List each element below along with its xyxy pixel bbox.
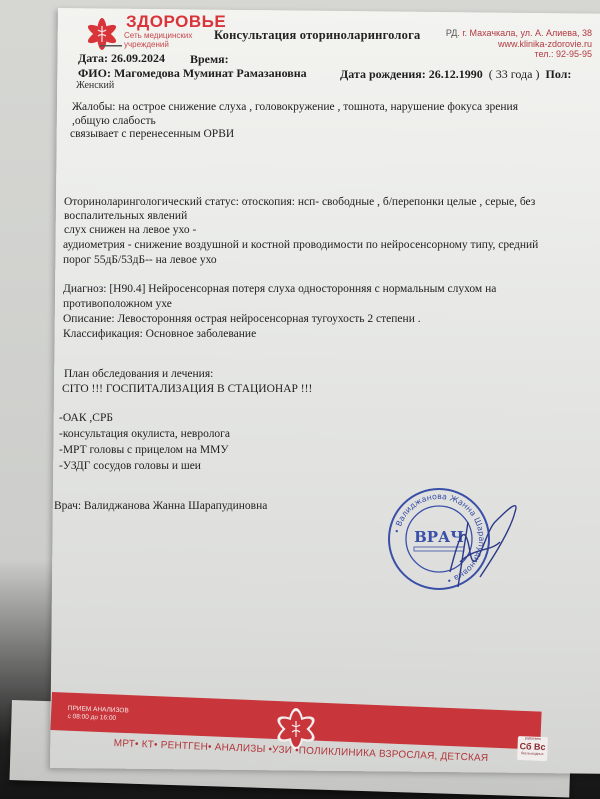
name-value: Магомедова Муминат Рамазановна: [114, 66, 307, 80]
status-line-2: воспалительных явлений: [64, 210, 187, 222]
complaints-line-2: ,общую слабость: [72, 115, 156, 127]
diagnosis-line-2: противоположном ухе: [63, 298, 172, 310]
plan-item: -ОАК ,СРБ: [59, 412, 113, 424]
doctor-name: Врач: Валиджанова Жанна Шарапудиновна: [54, 500, 267, 512]
date-label: Дата:: [78, 51, 108, 65]
visit-time-label: Время:: [190, 52, 229, 67]
patient-dob: Дата рождения: 26.12.1990 ( 33 года ) По…: [340, 67, 571, 82]
status-line-5: порог 55дБ/53дБ-- на левое ухо: [63, 254, 217, 266]
plan-urgent: CITO !!! ГОСПИТАЛИЗАЦИЯ В СТАЦИОНАР !!!: [62, 383, 312, 395]
region-code: РД: [446, 28, 458, 38]
patient-age: ( 33 года ): [489, 67, 540, 81]
clinic-logo-icon: [82, 14, 122, 54]
plan-item: -МРТ головы с прицелом на ММУ: [59, 444, 229, 456]
plan-item: -консультация окулиста, невролога: [59, 428, 230, 440]
complaints-line-3: связывает с перенесенным ОРВИ: [70, 128, 234, 140]
diagnosis-classification: Классификация: Основное заболевание: [63, 328, 256, 340]
diagnosis-line-1: Диагноз: [H90.4] Нейросенсорная потеря с…: [63, 283, 496, 295]
complaints-line-1: Жалобы: на острое снижение слуха , голов…: [72, 101, 518, 113]
document-title: Консультация оториноларинголога: [214, 28, 420, 43]
clinic-phone: тел.: 92-95-95: [446, 49, 592, 60]
clinic-contacts: РД. г. Махачкала, ул. А. Алиева, 38 www.…: [446, 28, 592, 60]
badge-bottom-text: без выходных: [517, 751, 547, 757]
clinic-website: www.klinika-zdorovie.ru: [446, 39, 592, 50]
sex-label: Пол:: [545, 67, 571, 81]
lab-hours: ПРИЕМ АНАЛИЗОВ с 08:00 до 16:00: [67, 705, 128, 722]
status-line-3: слух снижен на левое ухо -: [64, 224, 196, 236]
visit-date: Дата: 26.09.2024: [78, 51, 165, 66]
status-line-1: Оториноларингологический статус: отоскоп…: [64, 196, 535, 208]
diagnosis-description: Описание: Левосторонняя острая нейросенс…: [63, 313, 421, 325]
doctor-signature-icon: [440, 492, 530, 592]
status-line-4: аудиометрия - снижение воздушной и костн…: [63, 239, 538, 251]
dob-value: 26.12.1990: [429, 67, 483, 81]
name-label: ФИО:: [78, 66, 111, 80]
dob-label: Дата рождения:: [340, 67, 426, 81]
brand-name: ЗДОРОВЬЕ: [126, 12, 226, 32]
patient-name: ФИО: Магомедова Муминат Рамазановна: [78, 66, 307, 81]
plan-title: План обследования и лечения:: [64, 368, 213, 380]
date-value: 26.09.2024: [111, 51, 165, 65]
address-text: г. Махачкала, ул. А. Алиева, 38: [462, 28, 592, 38]
brand-subtitle: Сеть медицинских учреждений: [124, 31, 194, 49]
plan-item: -УЗДГ сосудов головы и шеи: [59, 460, 201, 472]
sex-value: Женский: [76, 80, 114, 91]
clinic-address: РД. г. Махачкала, ул. А. Алиева, 38: [446, 28, 592, 39]
weekend-badge: работаем Сб Вс без выходных: [517, 736, 548, 761]
